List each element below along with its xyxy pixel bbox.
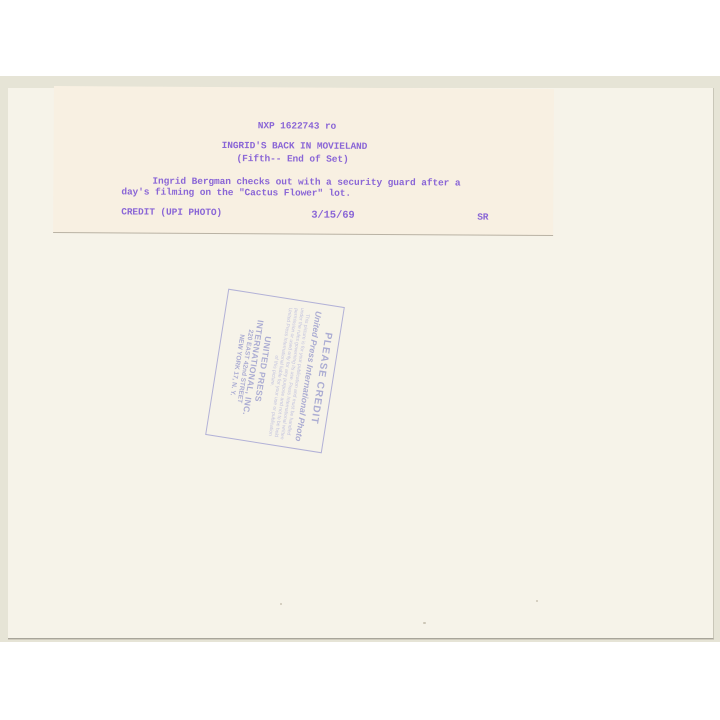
caption-line-2: day's filming on the "Cactus Flower" lot… <box>121 186 351 198</box>
reference-number: NXP 1622743 ro <box>258 120 336 131</box>
editor-initials: SR <box>477 212 488 223</box>
headline: INGRID'S BACK IN MOVIELAND <box>222 140 368 152</box>
subheadline: (Fifth-- End of Set) <box>237 153 349 165</box>
paper-speck <box>280 603 282 605</box>
credit-stamp: PLEASE CREDIT United Press International… <box>205 289 345 454</box>
paper-speck <box>423 622 426 624</box>
photo-back-scan: NXP 1622743 ro INGRID'S BACK IN MOVIELAN… <box>0 0 720 720</box>
photo-credit: CREDIT (UPI PHOTO) <box>121 206 222 218</box>
caption-date: 3/15/69 <box>311 210 354 222</box>
paper-speck <box>536 600 538 602</box>
caption-label: NXP 1622743 ro INGRID'S BACK IN MOVIELAN… <box>53 86 554 236</box>
